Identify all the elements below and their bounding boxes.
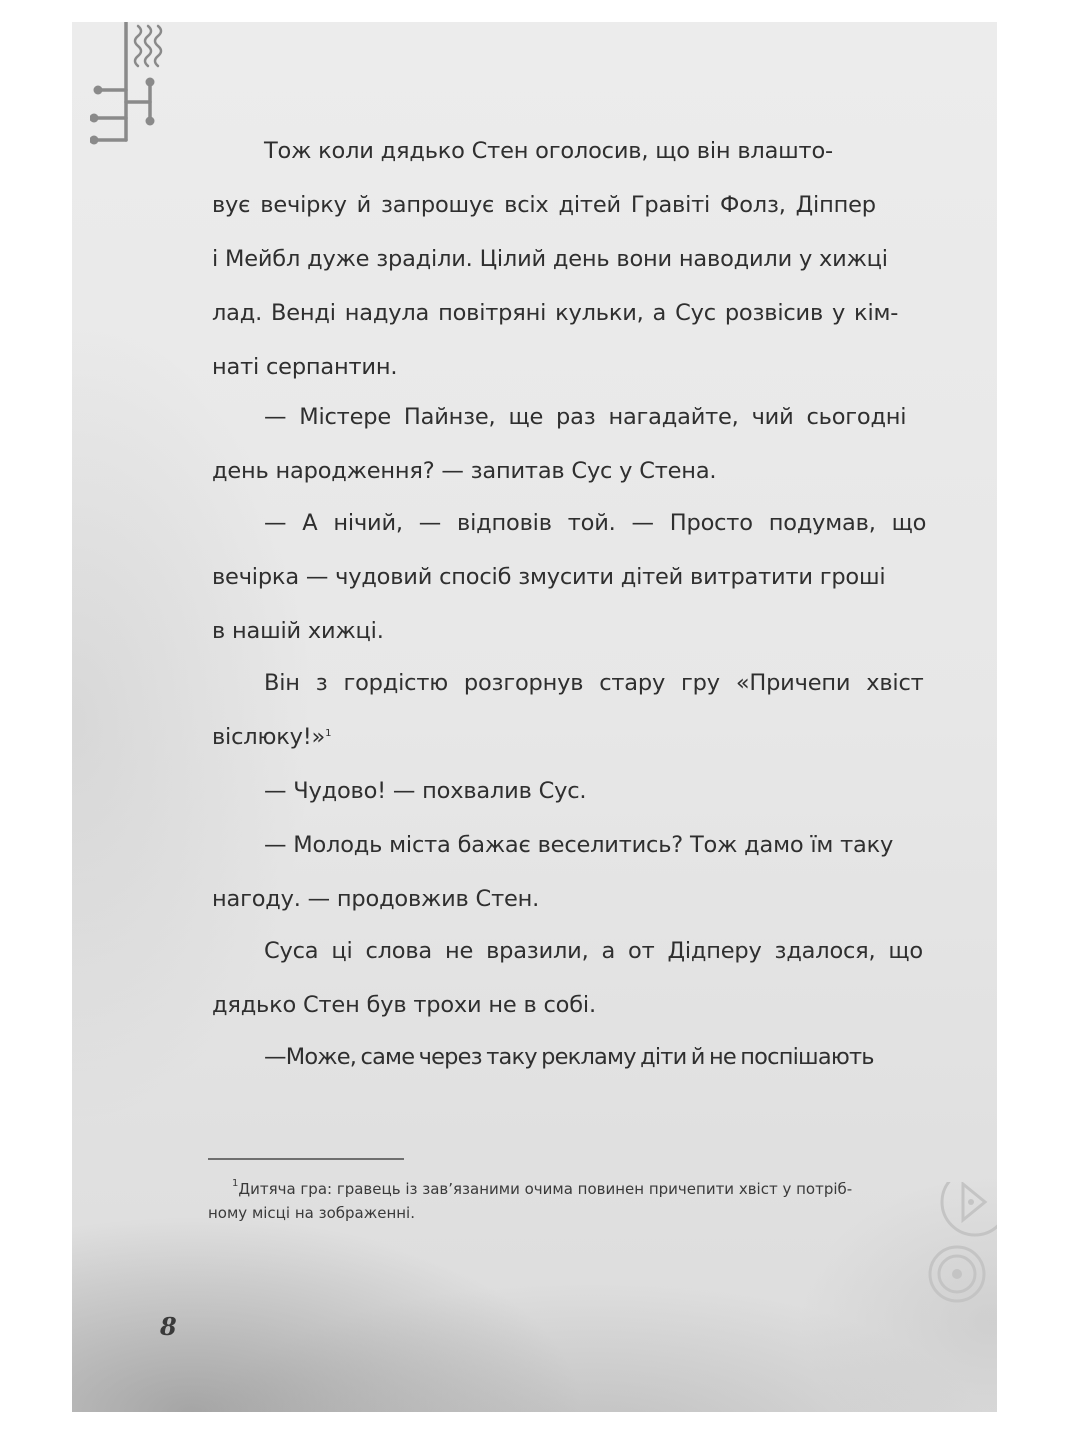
text-line: лад. Венді надула повітряні кульки, а Су… <box>212 300 898 326</box>
text-line: Суса ці слова не вразили, а от Дідперу з… <box>264 938 923 964</box>
text-line: дядько Стен був трохи не в собі. <box>212 992 596 1018</box>
book-page: Тож коли дядько Стен оголосив, що він вл… <box>72 22 997 1412</box>
text-line: — Містере Пайнзе, ще раз нагадайте, чий … <box>264 404 906 430</box>
text-line: вечірка — чудовий спосіб змусити дітей в… <box>212 564 885 590</box>
text-line: віслюку!»1 <box>212 724 331 750</box>
text-line: і Мейбл дуже зраділи. Цілий день вони на… <box>212 246 888 272</box>
text-line: нагоду. — продовжив Стен. <box>212 886 539 912</box>
text-line: Він з гордістю розгорнув стару гру «Прич… <box>264 670 924 696</box>
page-number: 8 <box>160 1312 177 1341</box>
text-line: день народження? — запитав Сус у Стена. <box>212 458 716 484</box>
text-line: наті серпантин. <box>212 354 397 380</box>
text-line: —Може, саме через таку рекламу діти й не… <box>264 1044 874 1070</box>
footnote: 1Дитяча гра: гравець із зав’язаними очим… <box>208 1172 898 1225</box>
text-line: — А нічий, — відповів той. — Просто поду… <box>264 510 926 536</box>
text-line: — Чудово! — похвалив Сус. <box>264 778 586 804</box>
footnote-rule <box>208 1158 404 1160</box>
footnote-line: ному місці на зображенні. <box>208 1201 898 1225</box>
rune-glyph-icon <box>90 22 180 182</box>
text-line: — Молодь міста бажає веселитись? Тож дам… <box>264 832 893 858</box>
text-line: вує вечірку й запрошує всіх дітей Гравіт… <box>212 192 876 218</box>
footnote-line: 1Дитяча гра: гравець із зав’язаними очим… <box>208 1172 898 1201</box>
triangle-circle-icon <box>927 1182 997 1322</box>
footnote-ref[interactable]: 1 <box>325 728 331 739</box>
text-line: Тож коли дядько Стен оголосив, що він вл… <box>264 138 896 164</box>
text-line: в нашій хижці. <box>212 618 384 644</box>
